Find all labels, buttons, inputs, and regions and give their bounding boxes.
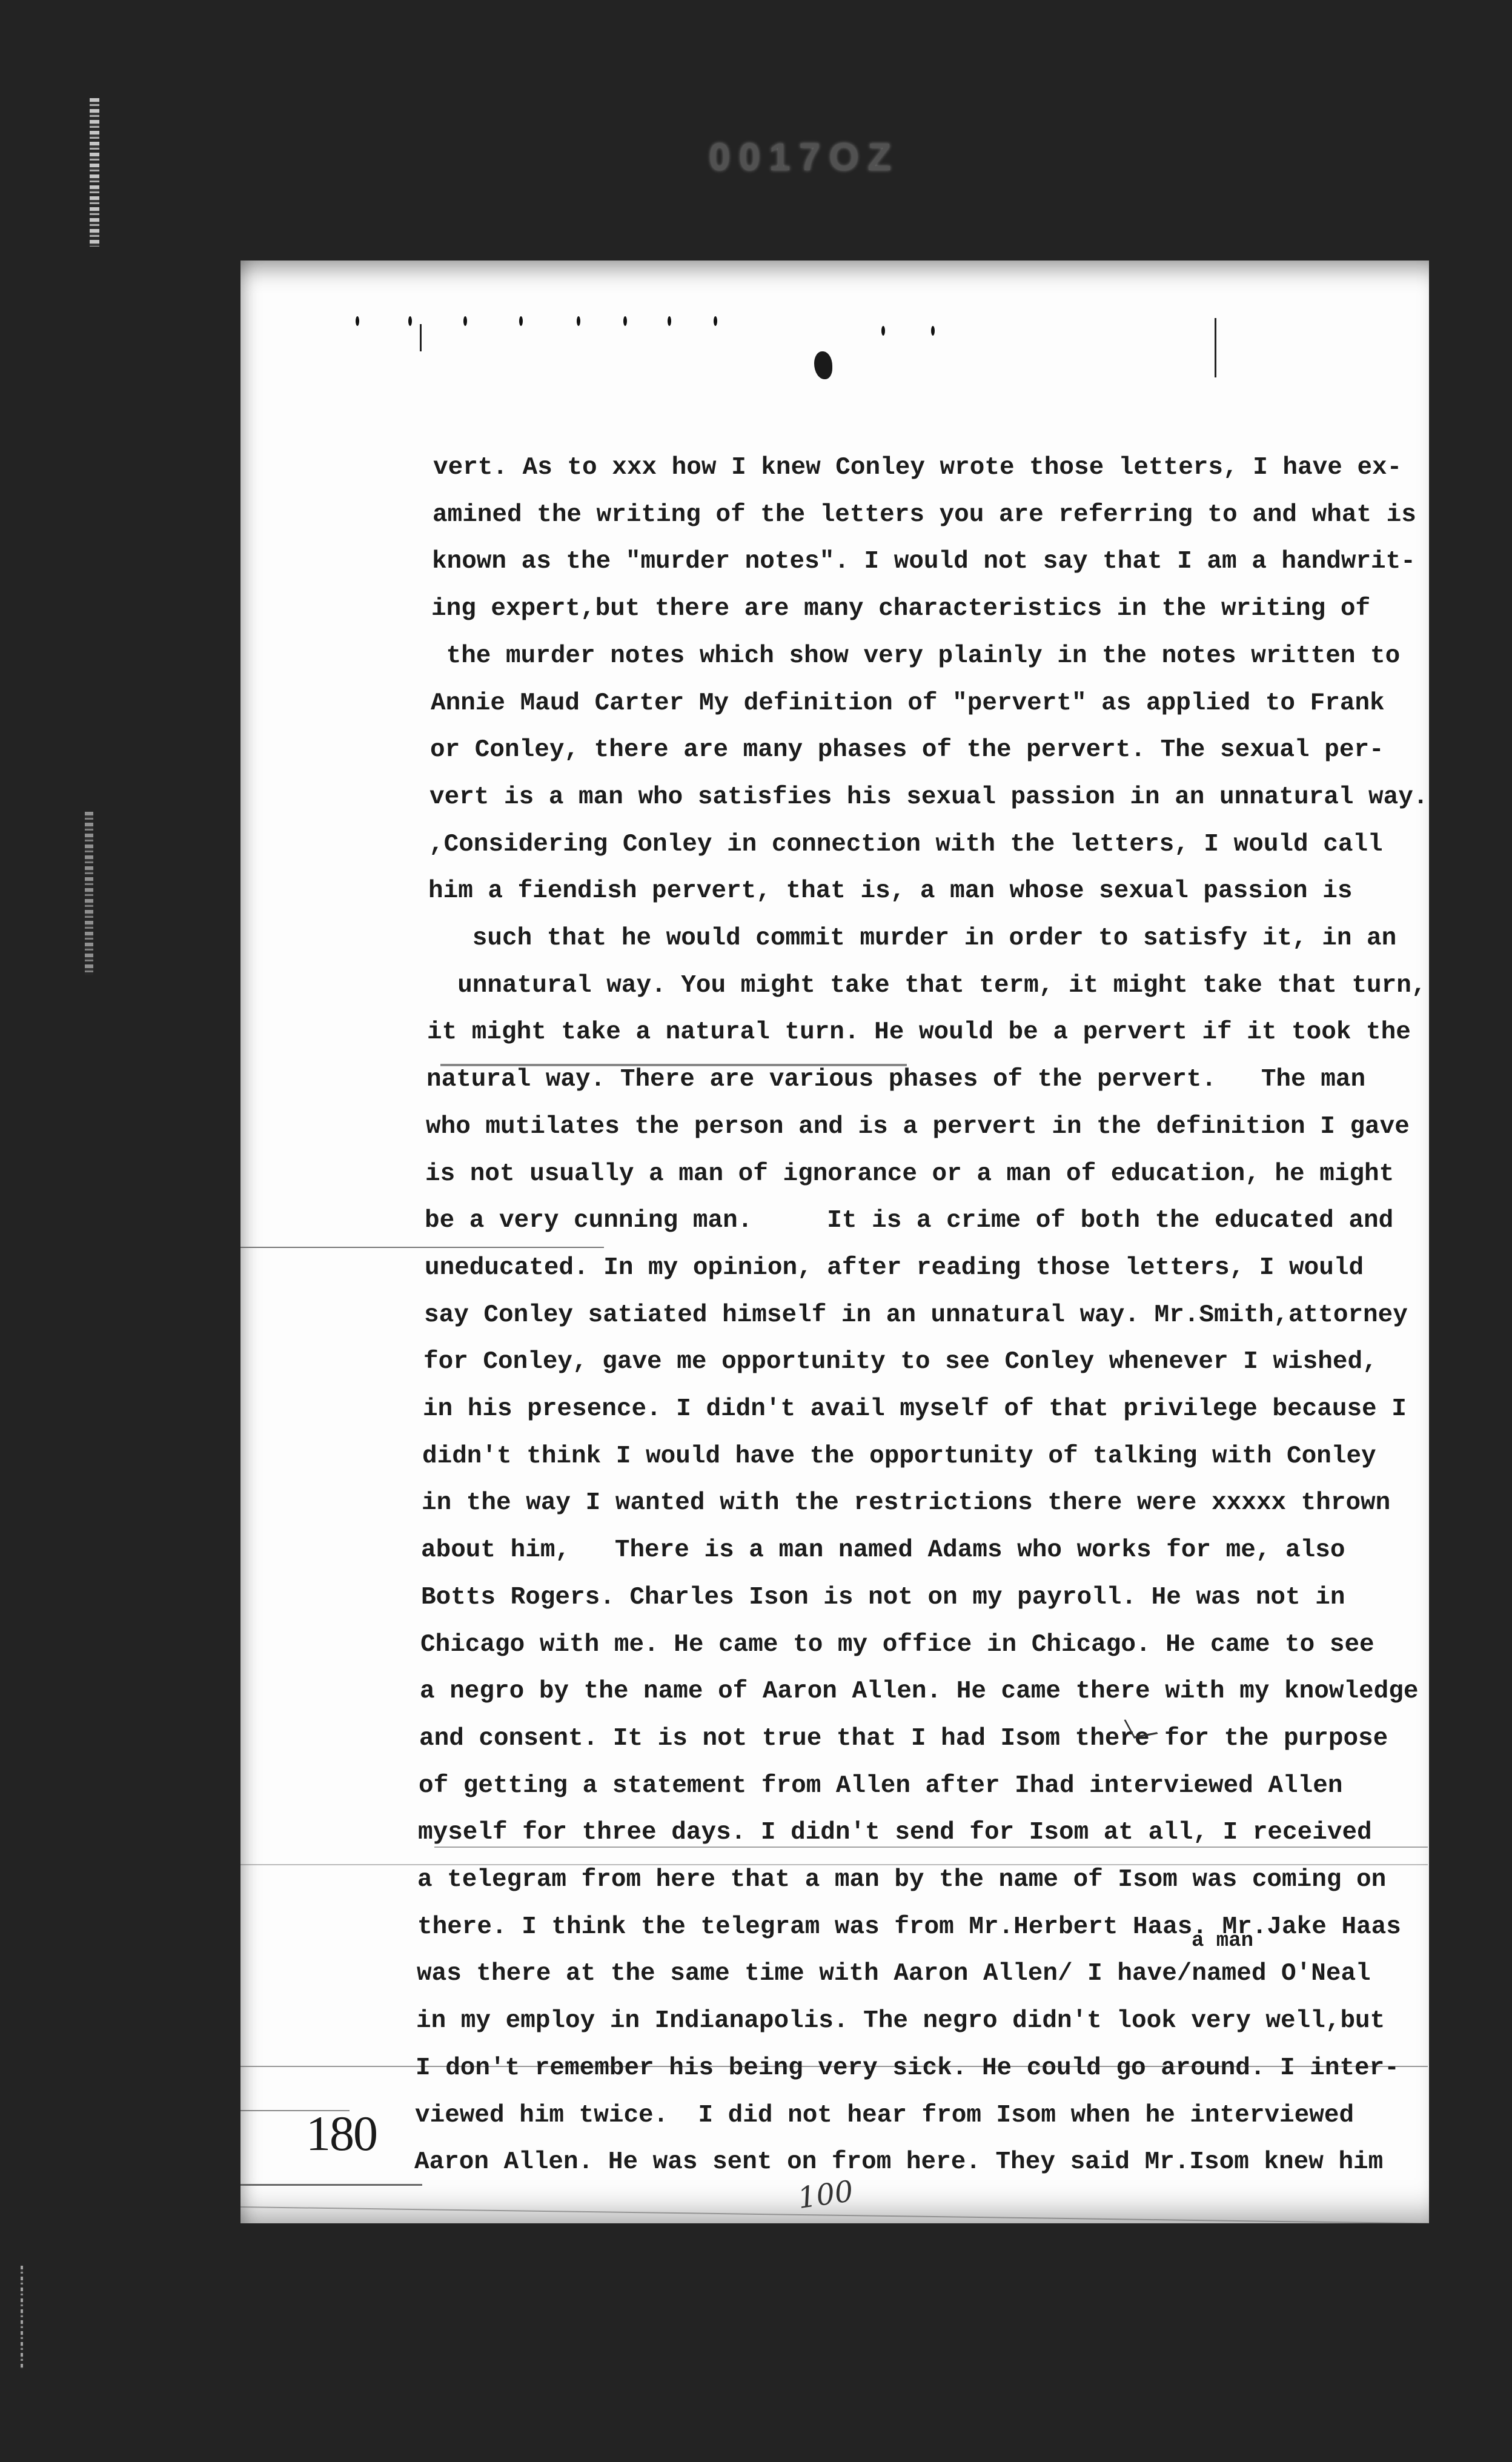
text-line: or Conley, there are many phases of the … xyxy=(430,735,1384,765)
text-line: I don't remember his being very sick. He… xyxy=(416,2054,1399,2083)
punch-dot xyxy=(577,316,580,326)
film-edge-mark xyxy=(85,812,93,975)
text-line: Chicago with me. He came to my office in… xyxy=(420,1630,1374,1659)
text-line: amined the writing of the letters you ar… xyxy=(433,500,1416,529)
text-line: the murder notes which show very plainly… xyxy=(431,642,1400,671)
handwritten-note: 100 xyxy=(796,2174,856,2215)
text-line: about him, There is a man named Adams wh… xyxy=(421,1536,1345,1565)
underline-rule xyxy=(240,1247,604,1248)
text-line: Annie Maud Carter My definition of "perv… xyxy=(431,689,1385,718)
text-line: vert is a man who satisfies his sexual p… xyxy=(429,783,1428,812)
punch-dot xyxy=(668,316,671,326)
text-line: ,Considering Conley in connection with t… xyxy=(429,830,1383,859)
text-line: Botts Rogers. Charles Ison is not on my … xyxy=(421,1583,1345,1612)
text-line: known as the "murder notes". I would not… xyxy=(432,547,1416,576)
punch-dot xyxy=(408,316,412,326)
typewritten-page: vert. As to xxx how I knew Conley wrote … xyxy=(240,260,1429,2223)
punch-dot xyxy=(463,316,467,326)
text-line: in his presence. I didn't avail myself o… xyxy=(423,1395,1407,1424)
text-line: say Conley satiated himself in an unnatu… xyxy=(424,1301,1408,1330)
text-line: is not usually a man of ignorance or a m… xyxy=(425,1160,1394,1189)
text-line: for Conley, gave me opportunity to see C… xyxy=(423,1347,1378,1376)
text-line: there. I think the telegram was from Mr.… xyxy=(417,1913,1401,1942)
frame-stamp: 0017OZ xyxy=(709,134,900,179)
ruled-line xyxy=(240,2184,422,2186)
text-line: natural way. There are various phases of… xyxy=(426,1065,1365,1094)
interlinear-insert: a man xyxy=(1192,1929,1253,1953)
text-line: be a very cunning man. It is a crime of … xyxy=(425,1206,1393,1235)
text-line: such that he would commit murder in orde… xyxy=(428,924,1396,953)
text-line: who mutilates the person and is a perver… xyxy=(426,1112,1410,1141)
film-edge-mark xyxy=(90,98,99,247)
punch-dot xyxy=(623,316,627,326)
text-line: of getting a statement from Allen after … xyxy=(419,1771,1342,1800)
punch-dot xyxy=(714,316,717,326)
text-line: a negro by the name of Aaron Allen. He c… xyxy=(420,1677,1418,1706)
margin-tick xyxy=(1215,318,1216,377)
text-line: Aaron Allen. He was sent on from here. T… xyxy=(414,2148,1383,2177)
film-edge-mark xyxy=(21,2266,23,2369)
text-line: didn't think I would have the opportunit… xyxy=(422,1442,1376,1471)
text-line: uneducated. In my opinion, after reading… xyxy=(425,1253,1364,1282)
punch-dot xyxy=(931,326,935,336)
text-line: a telegram from here that a man by the n… xyxy=(417,1865,1386,1894)
text-line: ing expert,but there are many characteri… xyxy=(431,594,1370,623)
text-line: viewed him twice. I did not hear from Is… xyxy=(415,2101,1354,2130)
punch-dot xyxy=(356,316,359,326)
text-line: was there at the same time with Aaron Al… xyxy=(417,1959,1371,1988)
text-line: unnatural way. You might take that term,… xyxy=(428,971,1426,1000)
text-line: it might take a natural turn. He would b… xyxy=(427,1018,1411,1047)
text-line: in my employ in Indianapolis. The negro … xyxy=(416,2006,1385,2036)
text-line: him a fiendish pervert, that is, a man w… xyxy=(428,877,1352,906)
text-line: myself for three days. I didn't send for… xyxy=(418,1818,1372,1847)
text-line: in the way I wanted with the restriction… xyxy=(422,1488,1390,1518)
punch-dot xyxy=(519,316,523,326)
ink-blot xyxy=(814,351,832,379)
text-line: and consent. It is not true that I had I… xyxy=(419,1724,1388,1753)
text-line: vert. As to xxx how I knew Conley wrote … xyxy=(433,453,1402,482)
page-number: 180 xyxy=(306,2105,377,2162)
punch-dot xyxy=(881,326,885,336)
margin-tick xyxy=(420,324,422,351)
